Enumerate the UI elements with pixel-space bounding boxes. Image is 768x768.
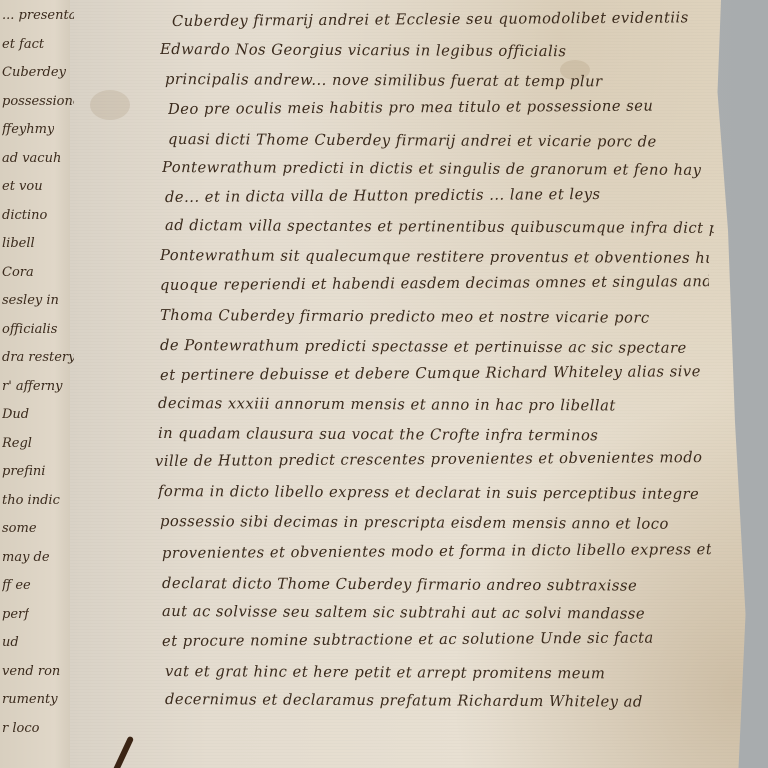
left-page-fragment: may de <box>2 550 50 565</box>
manuscript-line: de Pontewrathum predicti spectasse et pe… <box>160 336 687 357</box>
left-page-fragment: tho indic <box>2 493 60 508</box>
left-page-fragment: dra restery <box>2 350 74 365</box>
left-page-fragment: ad vacuh <box>2 151 61 166</box>
left-page-fragment: vend ron <box>2 664 60 679</box>
left-page-fragment: ff ee <box>2 578 31 593</box>
manuscript-line: forma in dicto libello express et declar… <box>158 482 699 503</box>
left-page-fragment: dictino <box>2 208 47 223</box>
stain <box>90 90 130 120</box>
manuscript-line: de... et in dicta villa de Hutton predic… <box>165 185 601 206</box>
manuscript-line: decimas xxxiii annorum mensis et anno in… <box>158 394 616 414</box>
left-page-fragment: possessione <box>2 94 74 109</box>
left-page-fragment: r' afferny <box>2 379 63 394</box>
manuscript-line: Pontewrathum predicti in dictis et singu… <box>162 158 702 179</box>
left-page-fragment: ud <box>2 635 19 650</box>
left-page-fragment: rumenty <box>2 692 58 707</box>
left-page-fragment: et vou <box>2 179 43 194</box>
manuscript-line: ad dictam villa spectantes et pertinenti… <box>165 216 714 237</box>
left-page-fragment: et fact <box>2 37 44 52</box>
manuscript-line: Deo pre oculis meis habitis pro mea titu… <box>168 97 653 118</box>
manuscript-line: Cuberdey firmarij andrei et Ecclesie seu… <box>172 8 689 30</box>
left-page-fragment: Cuberdey <box>2 65 66 80</box>
left-page-fragment: ... presenta <box>2 8 74 23</box>
left-page-fragment: Dud <box>2 407 29 422</box>
manuscript-line: Thoma Cuberdey firmario predicto meo et … <box>160 306 650 327</box>
manuscript-line: principalis andrew... nove similibus fue… <box>165 70 603 90</box>
left-page-fragment: some <box>2 521 37 536</box>
manuscript-line: vat et grat hinc et here petit et arrept… <box>165 662 605 682</box>
left-page-fragment: Cora <box>2 265 34 280</box>
manuscript-line: declarat dicto Thome Cuberdey firmario a… <box>162 574 637 595</box>
left-page-fragment: libell <box>2 236 35 251</box>
manuscript-line: et procure nomine subtractione et ac sol… <box>162 628 654 650</box>
left-page-fragment: prefini <box>2 464 45 479</box>
manuscript-line: Edwardo Nos Georgius vicarius in legibus… <box>160 40 567 60</box>
left-page-fragment: Regl <box>2 436 32 451</box>
manuscript-line: et pertinere debuisse et debere Cumque R… <box>160 362 701 384</box>
left-page-fragment: ffeyhmy <box>2 122 54 137</box>
manuscript-line: Pontewrathum sit qualecumque restitere p… <box>160 246 709 267</box>
manuscript-line: aut ac solvisse seu saltem sic subtrahi … <box>162 602 645 623</box>
manuscript-line: possessio sibi decimas in prescripta eis… <box>160 512 669 533</box>
manuscript-line: decernimus et declaramus prefatum Richar… <box>165 690 643 711</box>
left-page-fragment: sesley in <box>2 293 59 308</box>
left-page-fragment: perf <box>2 607 29 622</box>
left-page-fragment: officialis <box>2 322 57 337</box>
left-page-fragment: r loco <box>2 721 39 736</box>
manuscript-line: in quadam clausura sua vocat the Crofte … <box>158 424 598 444</box>
manuscript-line: quasi dicti Thome Cuberdey firmarij andr… <box>168 130 657 151</box>
